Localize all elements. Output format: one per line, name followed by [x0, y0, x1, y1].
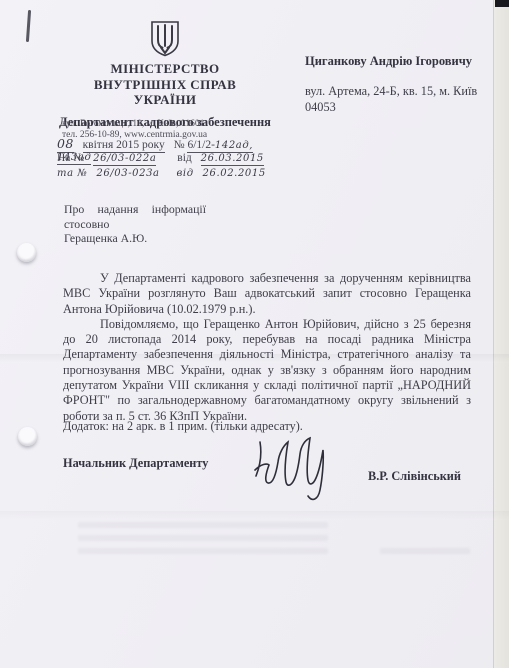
signer-name: В.Р. Слівінський [368, 469, 461, 484]
handwritten-reply-number: 26/03-022а [93, 153, 156, 166]
body-paragraph-1: У Департаменті кадрового забезпечення за… [63, 271, 471, 317]
ministry-name-line2: ВНУТРІШНІХ СПРАВ [40, 77, 290, 93]
subject-block: Про надання інформації стосовно Геращенк… [64, 202, 206, 246]
department-address: вул. Богомольця, 10, м. Київ, 01601 [62, 119, 282, 130]
subject-line1: Про надання інформації стосовно [64, 202, 206, 231]
handwritten-extra-number: 26/03-023а [96, 168, 159, 179]
printed-number-prefix: 6/1/2- [187, 139, 214, 153]
body-paragraph-2: Повідомляємо, що Геращенко Антон Юрійови… [63, 317, 471, 424]
letter-body: У Департаменті кадрового забезпечення за… [63, 271, 471, 424]
signer-title: Начальник Департаменту [63, 456, 208, 471]
handwritten-extra-date: 26.02.2015 [203, 168, 266, 179]
handwritten-extra-reference-line: та № 26/03-023а від 26.02.2015 [57, 167, 287, 179]
handwritten-extra-label: та № [57, 168, 88, 179]
reply-label: На № [57, 152, 84, 164]
reply-from-label: від [177, 152, 191, 164]
letterhead: МІНІСТЕРСТВО ВНУТРІШНІХ СПРАВ УКРАЇНИ Де… [40, 20, 290, 130]
recipient-address: вул. Артема, 24-Б, кв. 15, м. Київ 04053 [305, 84, 500, 115]
incoming-reference-line: На № 26/03-022а від 26.03.2015 [57, 152, 287, 164]
pen-mark [26, 10, 31, 42]
ukraine-trident-emblem-icon [148, 20, 182, 58]
scanned-letter-page: МІНІСТЕРСТВО ВНУТРІШНІХ СПРАВ УКРАЇНИ Де… [0, 0, 509, 668]
paper-crease [0, 511, 509, 520]
handwritten-signature-icon [250, 432, 350, 502]
recipient-address-line1: вул. Артема, 24-Б, кв. 15, м. Київ [305, 84, 500, 100]
punch-hole [17, 243, 36, 262]
recipient-name: Циганкову Андрію Ігоровичу [305, 54, 495, 69]
recipient-address-line2: 04053 [305, 100, 500, 116]
ministry-name-line1: МІНІСТЕРСТВО [40, 61, 290, 77]
punch-hole [18, 427, 37, 446]
number-sign: № [174, 139, 185, 151]
scan-corner-artifact [495, 0, 509, 7]
handwritten-reply-date: 26.03.2015 [201, 153, 264, 166]
subject-line2: Геращенка А.Ю. [64, 231, 206, 246]
handwritten-extra-from: від [177, 168, 194, 179]
printed-date: квітня 2015 року [83, 139, 165, 153]
handwritten-day: 08 [57, 136, 74, 153]
bleed-through-ghost [380, 548, 470, 560]
ministry-name-line3: УКРАЇНИ [40, 92, 290, 108]
bleed-through-ghost [78, 522, 328, 556]
